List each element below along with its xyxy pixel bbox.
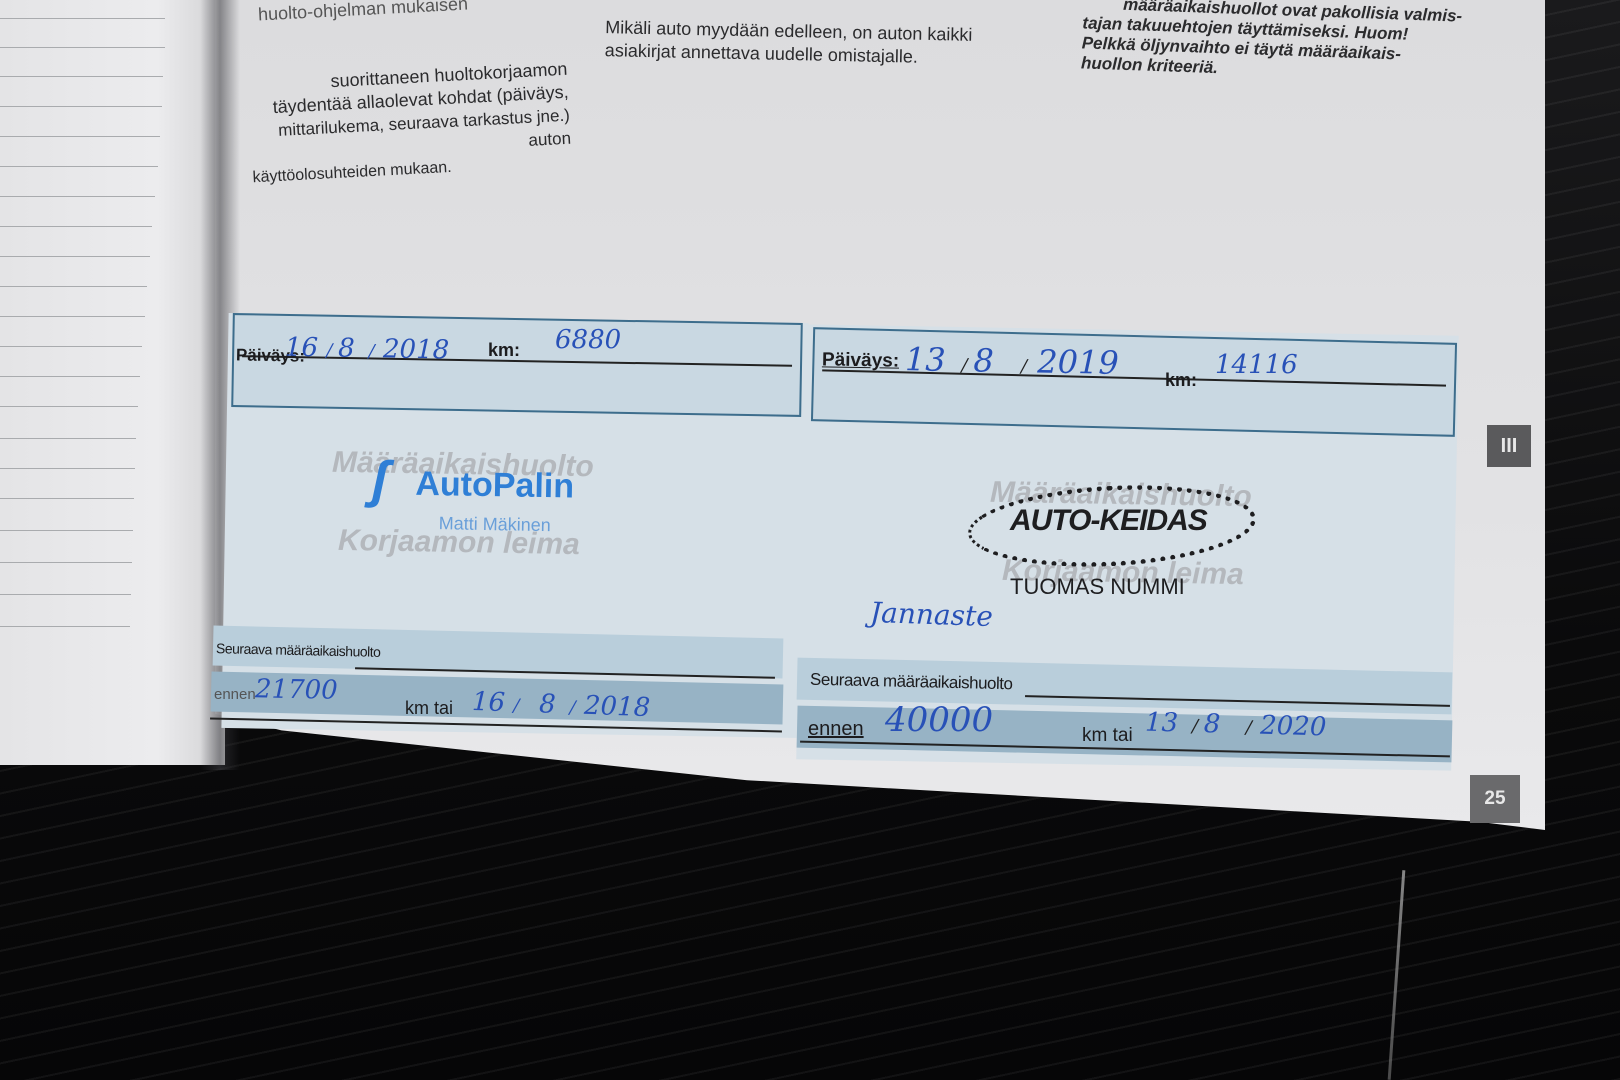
km-label: km:	[1165, 370, 1197, 391]
page-number: 25	[1470, 775, 1520, 823]
km-or-label: km tai	[1082, 725, 1133, 747]
technician-signature: Jannaste	[869, 596, 993, 633]
resale-note: Mikäli auto myydään edelleen, on auton k…	[605, 16, 973, 70]
next-year-value: 2020	[1260, 711, 1327, 743]
year-value: 2019	[1037, 342, 1119, 381]
record-2-km-field[interactable]: 14116	[1215, 350, 1298, 380]
day-value: 16	[285, 333, 319, 364]
warranty-note: määräaikaishuollot ovat pakollisia valmi…	[1081, 0, 1463, 87]
next-day-value: 13	[1145, 708, 1179, 739]
year-value: 2018	[383, 334, 450, 365]
stamp-company: AUTO-KEIDAS	[1010, 504, 1207, 538]
record-2-date-field[interactable]: 13 / 8 / 2019	[905, 340, 1119, 382]
record-2-next-date-field[interactable]: 13 / 8 / 2020	[1145, 708, 1327, 743]
section-tab: III	[1487, 425, 1531, 467]
record-1-next-date-field[interactable]: 16 / 8 / 2018	[472, 687, 651, 723]
date-label: Päiväys:	[822, 349, 899, 372]
month-value: 8	[973, 341, 994, 379]
month-value: 8	[338, 333, 355, 363]
next-month-value: 8	[539, 689, 557, 720]
before-label: ennen	[214, 686, 256, 703]
record-1-date-field[interactable]: 16 / 8 / 2018	[285, 333, 450, 366]
section-tab-label: III	[1501, 435, 1518, 458]
stamp-person: Matti Mäkinen	[439, 513, 551, 536]
record-1-date-box	[231, 313, 803, 417]
next-month-value: 8	[1203, 709, 1220, 739]
intro-paragraph: suorittaneen huoltokorjaamon täydentää a…	[247, 58, 573, 190]
km-or-label: km tai	[405, 698, 453, 719]
stamp-person: TUOMAS NUMMI	[1010, 574, 1185, 600]
autopalin-logo-icon: ʃ	[371, 450, 389, 510]
record-1-km-field[interactable]: 6880	[555, 325, 621, 355]
before-label: ennen	[808, 718, 864, 741]
page-number-label: 25	[1484, 788, 1505, 810]
next-year-value: 2018	[583, 691, 650, 723]
stamp-company: AutoPalin	[415, 465, 574, 507]
next-day-value: 16	[472, 687, 506, 718]
record-1-next-km-field[interactable]: 21700	[255, 674, 338, 705]
record-2-next-km-field[interactable]: 40000	[885, 700, 993, 740]
day-value: 13	[905, 340, 946, 379]
left-page	[0, 0, 225, 765]
km-label: km:	[488, 340, 520, 361]
